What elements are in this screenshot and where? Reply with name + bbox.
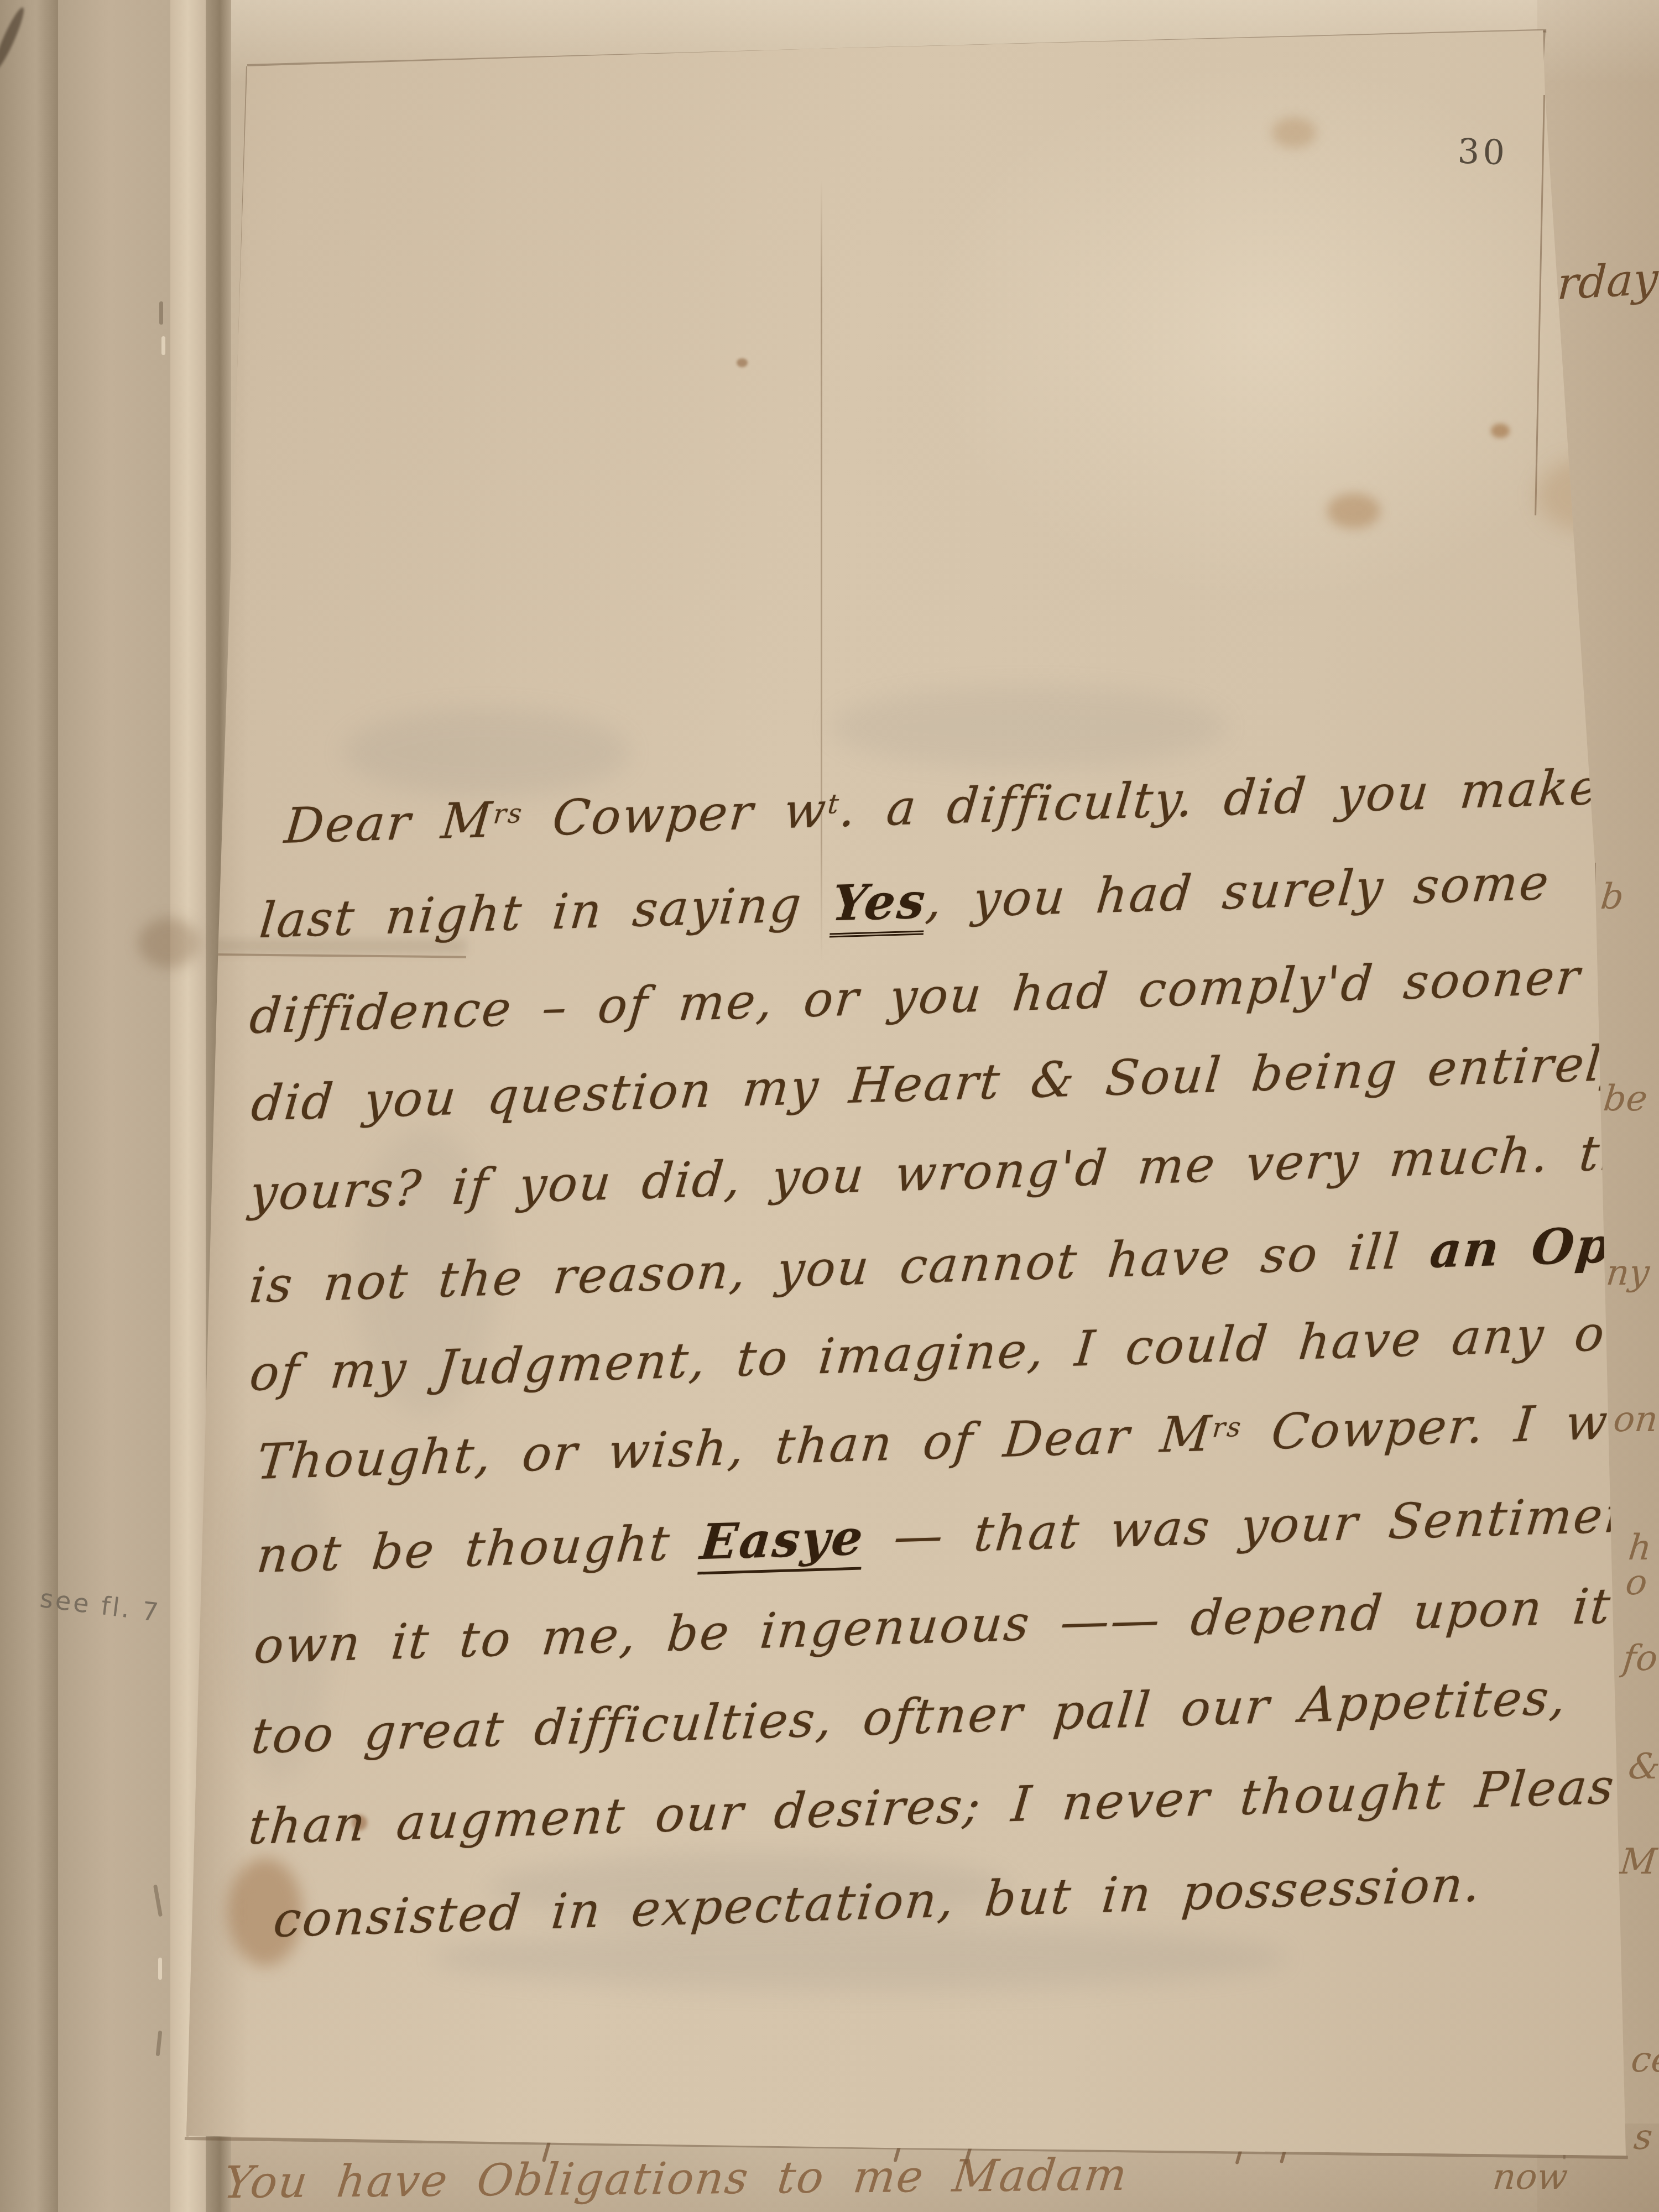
edge-text-fragment: b	[1599, 877, 1626, 917]
edge-text-fragment: on	[1611, 1399, 1659, 1440]
letter-text-segment: Dear M	[282, 791, 495, 855]
letter-line: not be thought Easye — that was your Sen…	[254, 1484, 1659, 1584]
letter-text-segment: Cowper w	[520, 781, 830, 848]
edge-text-fragment: ce	[1629, 2039, 1659, 2080]
letter-text-segment: not be thought	[254, 1514, 703, 1584]
letter-text-segment: diffidence – of me, or you had comply'd …	[247, 944, 1659, 1045]
underlying-page-bottom-line: You have Obligations to me Madam	[221, 2149, 1131, 2208]
letter-text-segment: Cowper. I will	[1239, 1392, 1659, 1462]
letter-text-segment: Yes	[830, 872, 929, 937]
paper-stain	[737, 358, 748, 367]
letter-line: too great difficulties, oftner pall our …	[249, 1668, 1570, 1765]
letter-line: last night in saying Yes, you had surely…	[257, 853, 1553, 950]
letter-text-segment: , you had surely some	[924, 854, 1553, 930]
vertical-fold-crease	[821, 178, 822, 963]
edge-text-fragment: ny	[1604, 1253, 1651, 1293]
letter-line: yours? if you did, you wrong'd me very m…	[247, 1122, 1659, 1222]
folio-number: 30	[1457, 131, 1509, 173]
edge-text-fragment: fo	[1621, 1638, 1659, 1679]
paper-stain	[1327, 493, 1380, 529]
edge-text-fragment: &	[1626, 1746, 1659, 1787]
edge-text-fragment: now	[1491, 2157, 1569, 2198]
letter-sheet: 30 Dear Mrs Cowper wt. a difficulty. did…	[0, 0, 1659, 2212]
date-fragment: rday	[1556, 253, 1659, 310]
letter-text-segment: rs	[1211, 1412, 1244, 1444]
letter-line: did you question my Heart & Soul being e…	[249, 1034, 1635, 1132]
manuscript-photo: see fl. 7 rday bbenyonhofo&M ocesnow You…	[0, 0, 1659, 2212]
letter-text-segment: yours? if you did, you wrong'd me very m…	[247, 1122, 1659, 1222]
binding-stitch	[158, 1958, 162, 1980]
letter-text-segment: last night in saying	[257, 875, 835, 949]
letter-text-segment: did you question my Heart & Soul being e…	[249, 1034, 1635, 1132]
letter-text-segment: — that was your Sentiment,	[862, 1485, 1659, 1566]
paper-stain	[1272, 117, 1316, 148]
edge-text-fragment: o	[1624, 1562, 1649, 1603]
letter-text-segment: Easye	[697, 1508, 867, 1574]
paper-stain	[138, 918, 199, 968]
letter-line: own it to me, be ingenuous —— depend upo…	[252, 1577, 1614, 1674]
edge-text-fragment: M o	[1618, 1841, 1659, 1882]
gutter-page-edge-dark	[0, 0, 58, 2212]
letter-line: than augment our desires; I never though…	[246, 1755, 1659, 1855]
binding-stitch	[159, 301, 163, 325]
letter-text-segment: Thought, or wish, than of Dear M	[254, 1405, 1214, 1491]
letter-text-segment: . a difficulty. did you make	[837, 758, 1603, 838]
letter-line: diffidence – of me, or you had comply'd …	[247, 944, 1659, 1045]
gutter-page-edge-mid	[58, 0, 170, 2212]
letter-text-segment: too great difficulties, oftner pall our …	[249, 1668, 1570, 1765]
letter-text-segment: own it to me, be ingenuous —— depend upo…	[252, 1577, 1614, 1674]
letter-text-segment: than augment our desires; I never though…	[246, 1755, 1659, 1855]
edge-text-fragment: be	[1601, 1078, 1650, 1119]
underlying-edge-line	[1535, 95, 1545, 515]
binding-stitch	[161, 336, 165, 355]
paper-stain	[1491, 424, 1510, 438]
letter-line: Thought, or wish, than of Dear Mrs Cowpe…	[254, 1392, 1659, 1491]
show-through-smudge	[343, 708, 630, 796]
letter-text-segment: rs	[492, 798, 525, 830]
show-through-smudge	[830, 686, 1228, 769]
